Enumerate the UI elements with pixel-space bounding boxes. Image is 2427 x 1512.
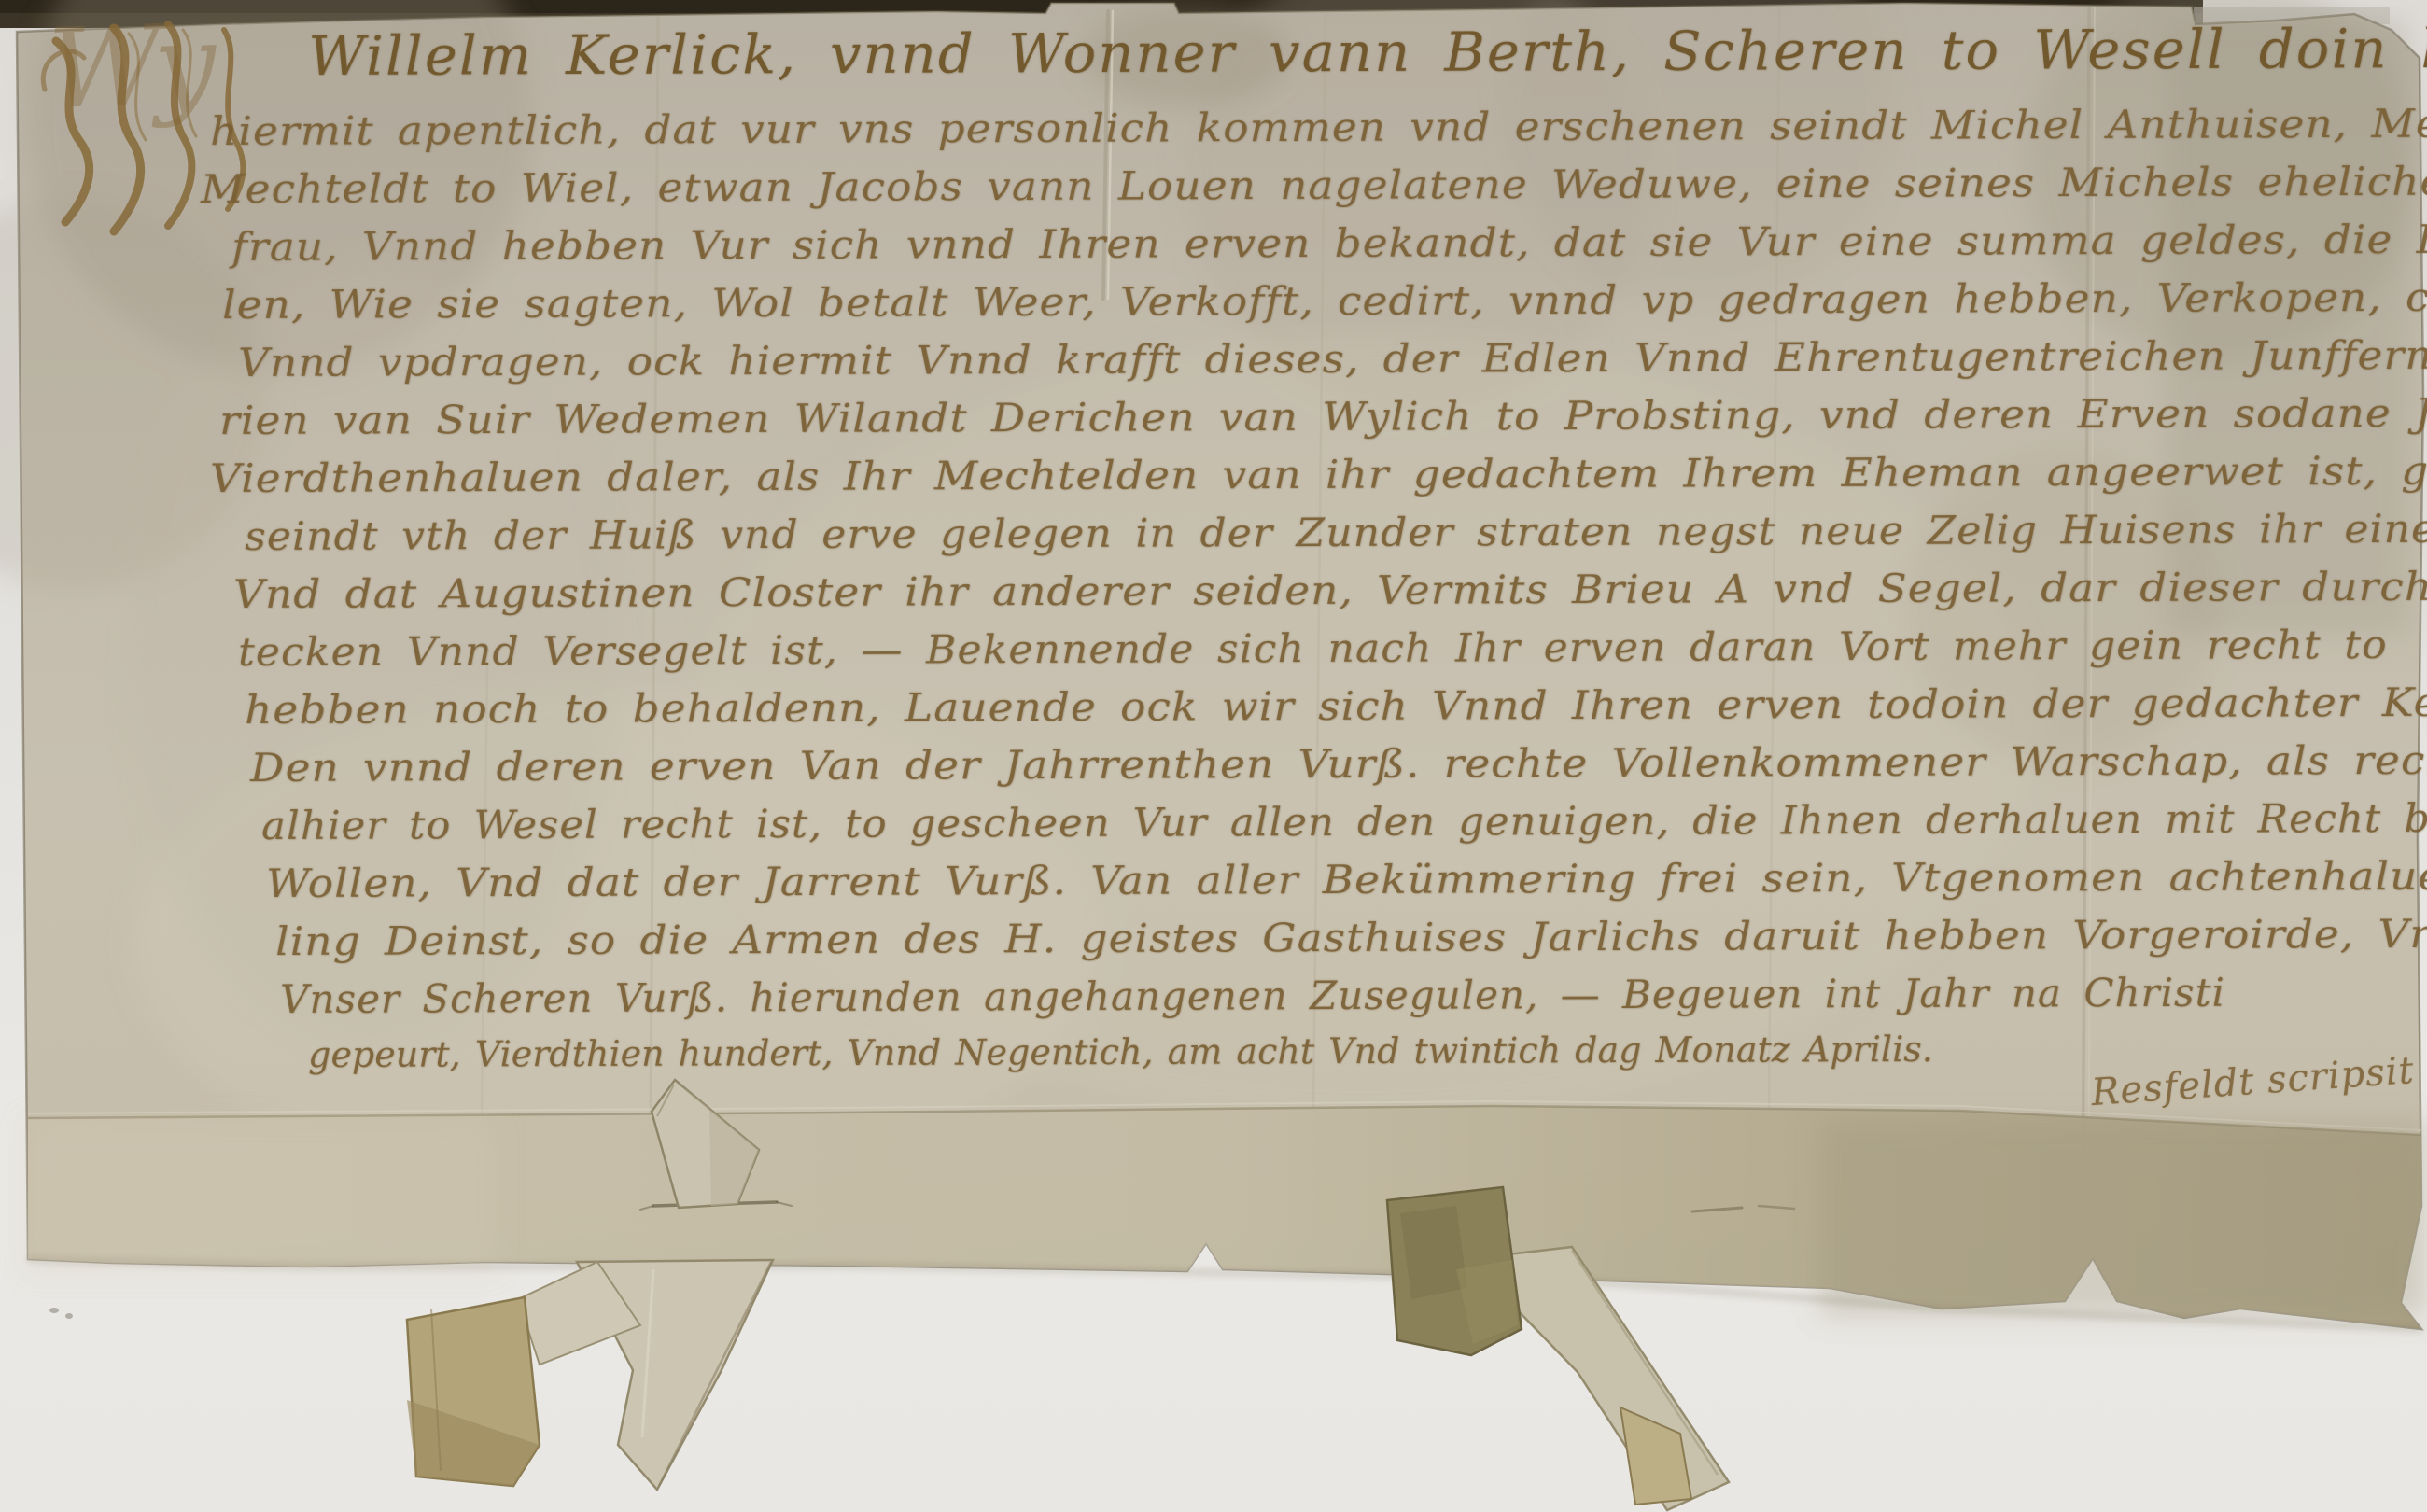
- text-line: Vnnd vpdragen, ock hiermit Vnnd krafft d…: [238, 331, 2427, 385]
- text-line: frau, Vnnd hebben Vur sich vnnd Ihren er…: [231, 216, 2427, 270]
- text-line: Mechteldt to Wiel, etwan Jacobs vann Lou…: [201, 158, 2427, 212]
- text-line: Vnser Scheren Vurß. hierunden angehangen…: [280, 970, 2225, 1022]
- text-line: Vnd dat Augustinen Closter ihr anderer s…: [233, 564, 2427, 617]
- charter-photo: Wy Willelm Kerlick, vnnd Wonner vann Ber…: [0, 0, 2427, 1512]
- scribe-signature: Resfeldt scripsit: [2090, 1049, 2416, 1114]
- charter-text: Wy Willelm Kerlick, vnnd Wonner vann Ber…: [0, 0, 2427, 1512]
- opening-initial: Wy: [47, 0, 213, 133]
- text-line: hiermit apentlich, dat vur vns personlic…: [210, 100, 2427, 154]
- text-line: tecken Vnnd Versegelt ist, — Bekennende …: [238, 622, 2388, 675]
- text-line: len, Wie sie sagten, Wol betalt Weer, Ve…: [222, 273, 2427, 328]
- text-line: Vierdthenhaluen daler, als Ihr Mechtelde…: [210, 447, 2427, 501]
- text-line: gepeurt, Vierdthien hundert, Vnnd Negent…: [308, 1029, 1933, 1075]
- text-line: Den vnnd deren erven Van der Jahrrenthen…: [250, 736, 2427, 791]
- text-line: Wollen, Vnd dat der Jarrent Vurß. Van al…: [266, 852, 2427, 906]
- text-line: seindt vth der Huiß vnd erve gelegen in …: [245, 506, 2427, 559]
- text-line: hebben noch to behaldenn, Lauende ock wi…: [245, 679, 2427, 733]
- text-line: rien van Suir Wedemen Wilandt Derichen v…: [219, 389, 2427, 443]
- text-line: Willelm Kerlick, vnnd Wonner vann Berth,…: [308, 15, 2427, 88]
- text-line: ling Deinst, so die Armen des H. geistes…: [275, 910, 2427, 964]
- text-line: alhier to Wesel recht ist, to gescheen V…: [261, 794, 2427, 848]
